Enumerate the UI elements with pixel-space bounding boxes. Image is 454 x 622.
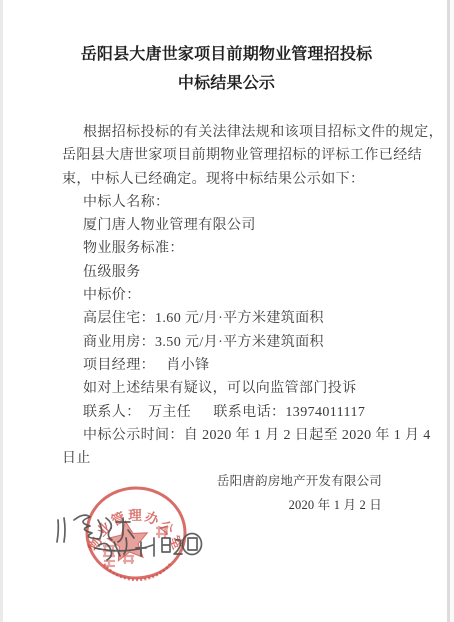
- body-line: 厦门唐人物业管理有限公司: [62, 214, 430, 237]
- document-title: 岳阳县大唐世家项目前期物业管理招投标 中标结果公示: [3, 40, 450, 98]
- official-stamp: 物业管理办公室: [50, 468, 210, 598]
- body-line: 项目经理： 肖小锋: [62, 354, 430, 377]
- document-body: 根据招标投标的有关法律法规和该项目招标文件的规定，岳阳县大唐世家项目前期物业管理…: [62, 121, 430, 517]
- body-line: 如对上述结果有疑议，可以向监管部门投诉: [62, 377, 430, 400]
- body-lines: 根据招标投标的有关法律法规和该项目招标文件的规定，岳阳县大唐世家项目前期物业管理…: [62, 121, 430, 470]
- body-line: 物业服务标准：: [62, 237, 430, 260]
- body-line: 中标价：: [62, 284, 430, 307]
- title-line-1: 岳阳县大唐世家项目前期物业管理招投标: [3, 40, 450, 69]
- body-line: 高层住宅：1.60 元/月·平方米建筑面积: [62, 307, 430, 330]
- body-line: 日止: [62, 447, 430, 470]
- body-line: 根据招标投标的有关法律法规和该项目招标文件的规定，: [62, 121, 430, 144]
- body-line: 岳阳县大唐世家项目前期物业管理招标的评标工作已经结: [62, 144, 430, 167]
- body-line: 中标人名称：: [62, 191, 430, 214]
- body-line: 伍级服务: [62, 261, 430, 284]
- body-line: 束，中标人已经确定。现将中标结果公示如下：: [62, 168, 430, 191]
- page-right-margin: [450, 0, 454, 622]
- body-line: 商业用房：3.50 元/月·平方米建筑面积: [62, 331, 430, 354]
- body-line: 中标公示时间：自 2020 年 1 月 2 日起至 2020 年 1 月 4: [62, 424, 430, 447]
- body-line: 联系人： 万主任 联系电话：13974011117: [62, 401, 430, 424]
- title-line-2: 中标结果公示: [3, 69, 450, 98]
- document-page: 岳阳县大唐世家项目前期物业管理招投标 中标结果公示 根据招标投标的有关法律法规和…: [0, 0, 454, 622]
